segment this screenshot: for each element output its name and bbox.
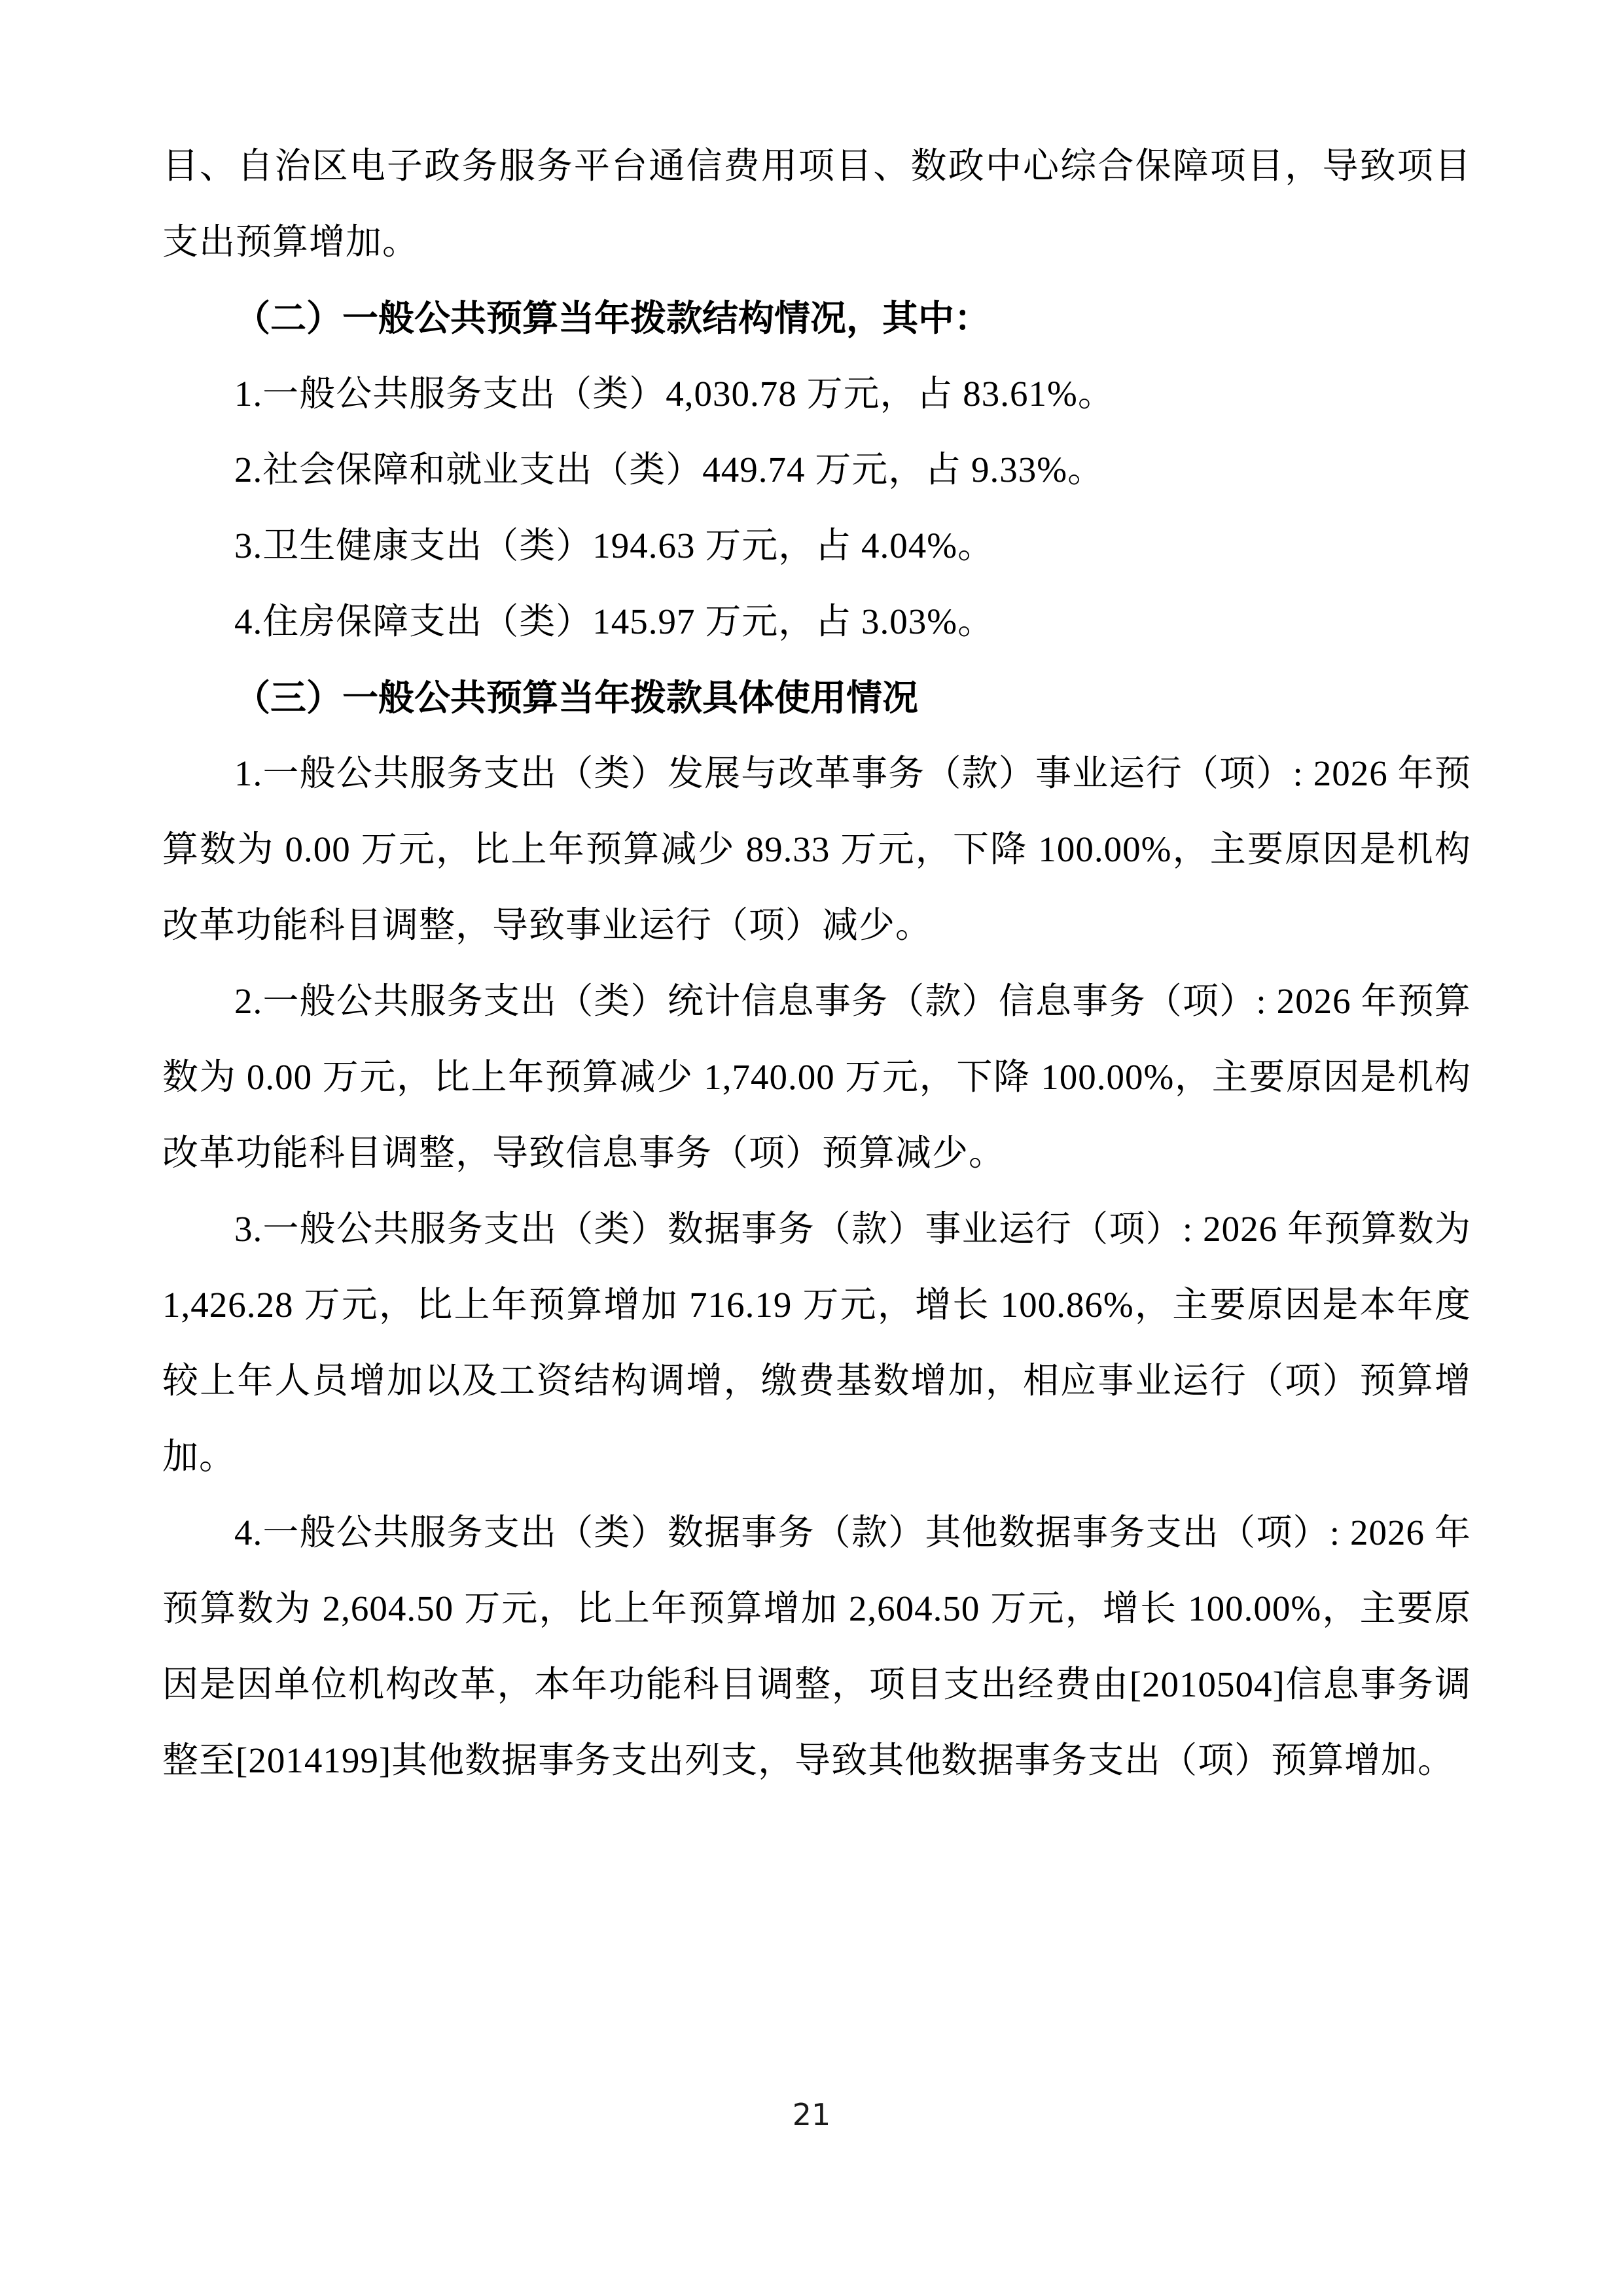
- list-item: 4.住房保障支出（类）145.97 万元，占 3.03%。: [162, 584, 1471, 660]
- document-page: 目、自治区电子政务服务平台通信费用项目、数政中心综合保障项目，导致项目支出预算增…: [0, 0, 1623, 2296]
- list-item: 2.社会保障和就业支出（类）449.74 万元，占 9.33%。: [162, 432, 1471, 508]
- section-heading-2: （二）一般公共预算当年拨款结构情况，其中：: [162, 280, 1471, 356]
- list-item: 1.一般公共服务支出（类）4,030.78 万元，占 83.61%。: [162, 356, 1471, 432]
- paragraph: 3.一般公共服务支出（类）数据事务（款）事业运行（项）: 2026 年预算数为 …: [162, 1191, 1471, 1495]
- page-number: 21: [0, 2098, 1623, 2132]
- list-item: 3.卫生健康支出（类）194.63 万元，占 4.04%。: [162, 508, 1471, 584]
- paragraph: 1.一般公共服务支出（类）发展与改革事务（款）事业运行（项）: 2026 年预算…: [162, 736, 1471, 963]
- document-body: 目、自治区电子政务服务平台通信费用项目、数政中心综合保障项目，导致项目支出预算增…: [162, 128, 1471, 1799]
- paragraph-continuation: 目、自治区电子政务服务平台通信费用项目、数政中心综合保障项目，导致项目支出预算增…: [162, 128, 1471, 280]
- paragraph: 2.一般公共服务支出（类）统计信息事务（款）信息事务（项）: 2026 年预算数…: [162, 963, 1471, 1191]
- section-heading-3: （三）一般公共预算当年拨款具体使用情况: [162, 660, 1471, 736]
- paragraph: 4.一般公共服务支出（类）数据事务（款）其他数据事务支出（项）: 2026 年预…: [162, 1495, 1471, 1799]
